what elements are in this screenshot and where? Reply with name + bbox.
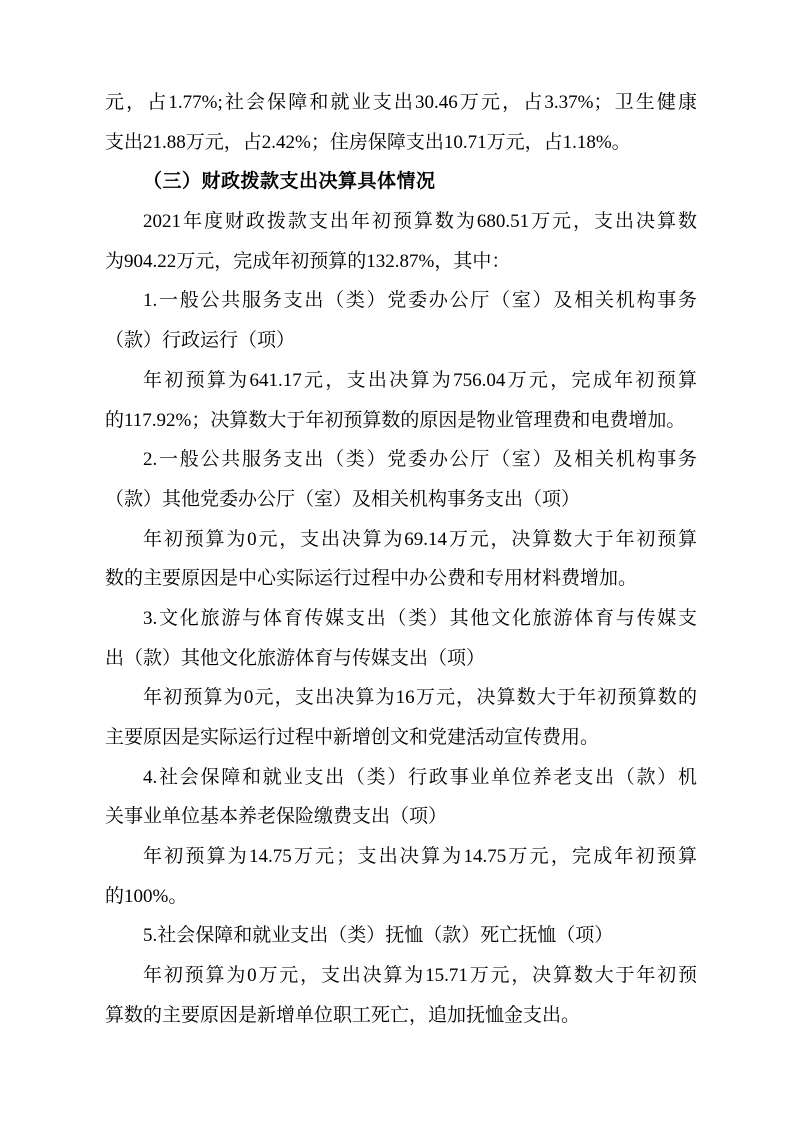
text-line: 支出21.88万元，占2.42%；住房保障支出10.71万元，占1.18%。 — [105, 123, 697, 163]
text-line: 2021年度财政拨款支出年初预算数为680.51万元，支出决算数 — [105, 202, 697, 242]
text-line: 年初预算为0万元，支出决算为15.71万元，决算数大于年初预 — [105, 956, 697, 996]
text-line: （款）其他党委办公厅（室）及相关机构事务支出（项） — [105, 480, 697, 520]
section-heading: （三）财政拨款支出决算具体情况 — [105, 162, 697, 202]
text-line: （款）行政运行（项） — [105, 321, 697, 361]
text-line: 年初预算为0元，支出决算为16万元，决算数大于年初预算数的 — [105, 678, 697, 718]
text-line: 元，占1.77%;社会保障和就业支出30.46万元，占3.37%；卫生健康 — [105, 83, 697, 123]
text-line: 1.一般公共服务支出（类）党委办公厅（室）及相关机构事务 — [105, 281, 697, 321]
text-line: 算数的主要原因是新增单位职工死亡，追加抚恤金支出。 — [105, 996, 697, 1036]
text-line: 关事业单位基本养老保险缴费支出（项） — [105, 797, 697, 837]
text-line: 的100%。 — [105, 877, 697, 917]
text-line: 年初预算为0元，支出决算为69.14万元，决算数大于年初预算 — [105, 520, 697, 560]
text-column: 元，占1.77%;社会保障和就业支出30.46万元，占3.37%；卫生健康 支出… — [105, 83, 697, 1036]
text-line: 为904.22万元，完成年初预算的132.87%，其中： — [105, 242, 697, 282]
text-line: 出（款）其他文化旅游体育与传媒支出（项） — [105, 639, 697, 679]
text-line: 3.文化旅游与体育传媒支出（类）其他文化旅游体育与传媒支 — [105, 599, 697, 639]
text-line: 5.社会保障和就业支出（类）抚恤（款）死亡抚恤（项） — [105, 916, 697, 956]
document-page: 元，占1.77%;社会保障和就业支出30.46万元，占3.37%；卫生健康 支出… — [0, 0, 794, 1122]
text-line: 数的主要原因是中心实际运行过程中办公费和专用材料费增加。 — [105, 559, 697, 599]
text-line: 年初预算为641.17元，支出决算为756.04万元，完成年初预算 — [105, 361, 697, 401]
text-line: 的117.92%；决算数大于年初预算数的原因是物业管理费和电费增加。 — [105, 401, 697, 441]
text-line: 4.社会保障和就业支出（类）行政事业单位养老支出（款）机 — [105, 758, 697, 798]
text-line: 2.一般公共服务支出（类）党委办公厅（室）及相关机构事务 — [105, 440, 697, 480]
text-line: 年初预算为14.75万元；支出决算为14.75万元，完成年初预算 — [105, 837, 697, 877]
text-line: 主要原因是实际运行过程中新增创文和党建活动宣传费用。 — [105, 718, 697, 758]
